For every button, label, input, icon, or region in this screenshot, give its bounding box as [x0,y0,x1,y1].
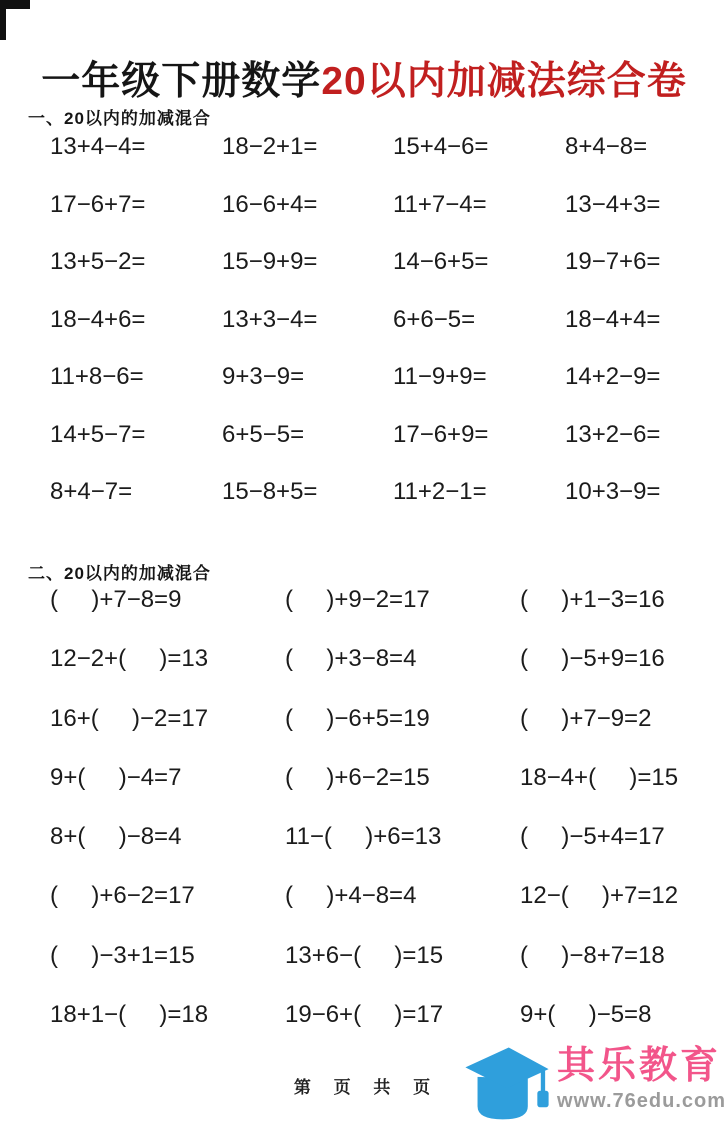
math-problem: 15−8+5= [222,478,393,536]
math-problem: 18−4+6= [50,306,222,364]
math-problem: 9+3−9= [222,363,393,421]
math-problem: ( )+9−2=17 [285,586,520,645]
math-problem: 11+2−1= [393,478,565,536]
logo-text-block: 其乐教育 www.76edu.com [557,1044,726,1113]
math-problem: ( )−8+7=18 [520,942,690,1001]
math-problem: 15+4−6= [393,133,565,191]
math-problem: 16+( )−2=17 [50,705,285,764]
graduation-cap-icon [462,1044,552,1121]
math-problem: 11−9+9= [393,363,565,421]
math-problem: ( )+1−3=16 [520,586,690,645]
math-problem: ( )+4−8=4 [285,882,520,941]
math-problem: 13−4+3= [565,191,679,249]
section2-problem-grid: ( )+7−8=9( )+9−2=17( )+1−3=1612−2+( )=13… [50,586,690,1060]
math-problem: 19−7+6= [565,248,679,306]
math-problem: 15−9+9= [222,248,393,306]
scan-artifact [0,0,6,40]
section1-heading: 一、20以内的加减混合 [28,104,211,129]
math-problem: 16−6+4= [222,191,393,249]
math-problem: 18−4+4= [565,306,679,364]
math-problem: ( )−5+4=17 [520,823,690,882]
math-problem: 6+5−5= [222,421,393,479]
math-problem: ( )+6−2=15 [285,764,520,823]
math-problem: ( )−5+9=16 [520,645,690,704]
title-grade-part: 一年级下册数学 [41,60,321,103]
logo-brand-name: 其乐教育 [557,1044,721,1088]
math-problem: 14+2−9= [565,363,679,421]
math-problem: 11+8−6= [50,363,222,421]
math-problem: 11+7−4= [393,191,565,249]
page-title: 一年级下册数学20以内加减法综合卷 [0,50,728,106]
section1-problem-grid: 13+4−4=18−2+1=15+4−6=8+4−8=17−6+7=16−6+4… [50,133,679,536]
math-problem: 13+4−4= [50,133,222,191]
math-problem: 12−( )+7=12 [520,882,690,941]
math-problem: 13+2−6= [565,421,679,479]
title-topic-part: 20以内加减法综合卷 [321,60,686,103]
math-problem: 9+( )−4=7 [50,764,285,823]
section2-heading: 二、20以内的加减混合 [28,559,211,584]
math-problem: 13+5−2= [50,248,222,306]
worksheet-page: 一年级下册数学20以内加减法综合卷 一、20以内的加减混合 13+4−4=18−… [0,0,728,1121]
math-problem: 10+3−9= [565,478,679,536]
math-problem: ( )+3−8=4 [285,645,520,704]
math-problem: 8+4−7= [50,478,222,536]
math-problem: 18−2+1= [222,133,393,191]
math-problem: ( )−3+1=15 [50,942,285,1001]
math-problem: ( )+6−2=17 [50,882,285,941]
math-problem: 18−4+( )=15 [520,764,690,823]
math-problem: 14+5−7= [50,421,222,479]
math-problem: 17−6+9= [393,421,565,479]
math-problem: 11−( )+6=13 [285,823,520,882]
math-problem: 8+4−8= [565,133,679,191]
math-problem: 13+3−4= [222,306,393,364]
math-problem: 6+6−5= [393,306,565,364]
math-problem: 14−6+5= [393,248,565,306]
math-problem: 8+( )−8=4 [50,823,285,882]
publisher-logo: 其乐教育 www.76edu.com [462,1044,726,1121]
math-problem: ( )+7−8=9 [50,586,285,645]
math-problem: ( )−6+5=19 [285,705,520,764]
math-problem: ( )+7−9=2 [520,705,690,764]
math-problem: 13+6−( )=15 [285,942,520,1001]
logo-website: www.76edu.com [557,1089,726,1113]
math-problem: 17−6+7= [50,191,222,249]
math-problem: 18+1−( )=18 [50,1001,285,1060]
math-problem: 12−2+( )=13 [50,645,285,704]
